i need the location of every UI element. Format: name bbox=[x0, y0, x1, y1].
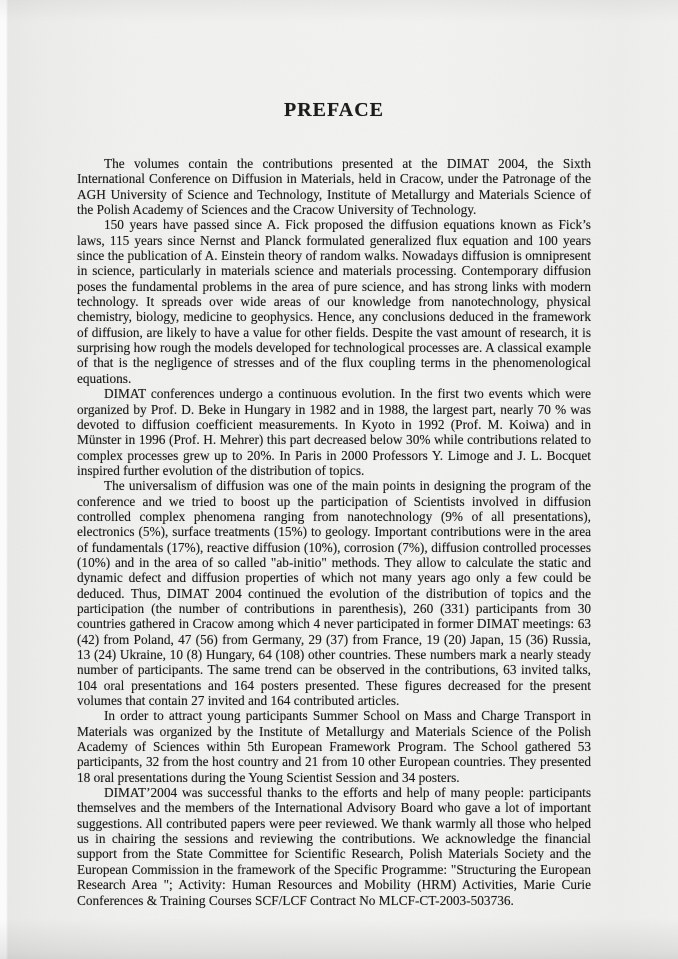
preface-paragraph-2: 150 years have passed since A. Fick prop… bbox=[77, 217, 591, 386]
page-title: PREFACE bbox=[77, 99, 591, 122]
preface-paragraph-1: The volumes contain the contributions pr… bbox=[77, 156, 591, 217]
preface-paragraph-5: In order to attract young participants S… bbox=[77, 708, 591, 785]
scanned-page: PREFACE The volumes contain the contribu… bbox=[0, 0, 678, 959]
preface-paragraph-3: DIMAT conferences undergo a continuous e… bbox=[77, 386, 591, 478]
page-content: PREFACE The volumes contain the contribu… bbox=[77, 99, 591, 908]
preface-paragraph-6: DIMAT’2004 was successful thanks to the … bbox=[77, 785, 591, 908]
preface-paragraph-4: The universalism of diffusion was one of… bbox=[77, 478, 591, 708]
